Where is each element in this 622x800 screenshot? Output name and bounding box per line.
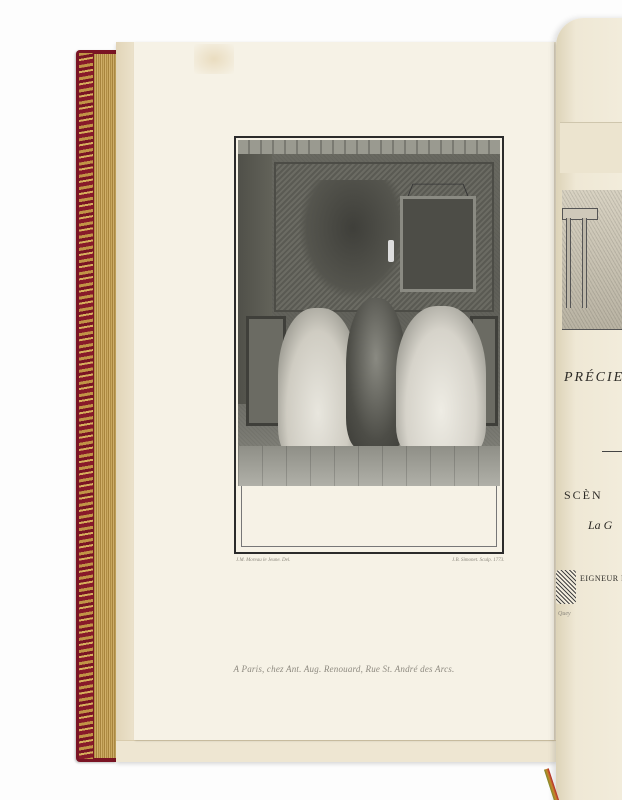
ornamental-initial-icon [556, 570, 576, 604]
body-text: EIGNEUR la [580, 574, 622, 583]
vignette-illustration [562, 190, 622, 330]
engraved-plate-leaf: J.M. Moreau le Jeune. Del. J.B. Simonet.… [134, 42, 554, 740]
seated-lady-right [396, 306, 486, 456]
foxing-stain [194, 44, 234, 74]
engraver-credit: J.B. Simonet. Sculp. 1773. [452, 558, 505, 563]
scene-heading: SCÈN [564, 488, 603, 503]
right-page: PRÉCIEU SCÈN La G EIGNEUR la Quey [556, 18, 622, 800]
play-title: PRÉCIEU [564, 370, 622, 386]
engraving-image [238, 140, 500, 486]
catchword: Quey [558, 611, 571, 617]
engraving-frame [234, 136, 504, 554]
book-binding [76, 50, 116, 762]
candle-sconce [388, 240, 394, 262]
tiled-floor [238, 446, 500, 486]
publisher-imprint: A Paris, chez Ant. Aug. Renouard, Rue St… [134, 664, 554, 674]
divider-rule [602, 451, 622, 452]
artist-credit: J.M. Moreau le Jeune. Del. [236, 558, 291, 563]
book-photograph: J.M. Moreau le Jeune. Del. J.B. Simonet.… [0, 0, 622, 800]
scene-subheading: La G [588, 518, 612, 533]
beamed-ceiling [238, 140, 500, 154]
gilt-border-decoration [79, 53, 93, 759]
gilt-page-edges [94, 54, 116, 758]
hanging-mirror [400, 196, 476, 292]
